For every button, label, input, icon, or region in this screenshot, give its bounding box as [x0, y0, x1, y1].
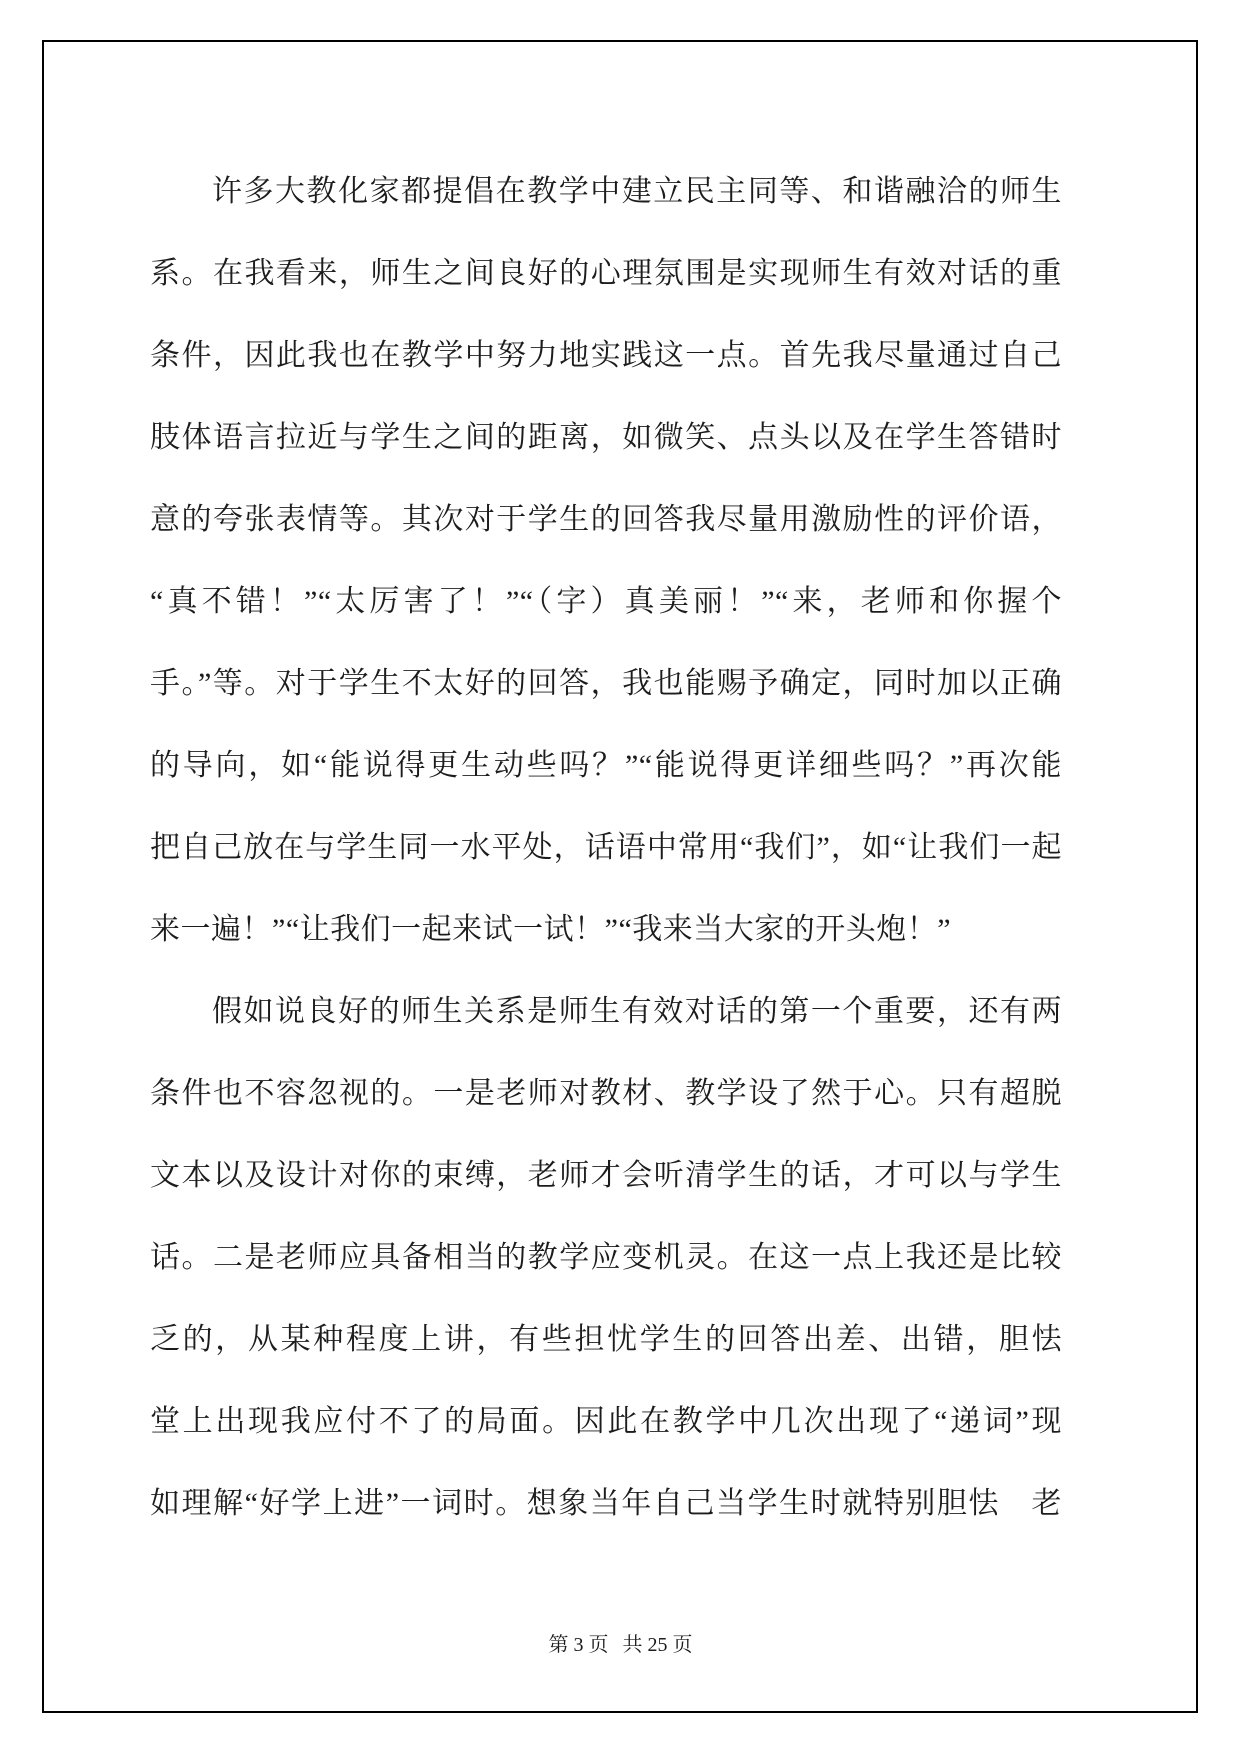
text-line: 条件也不容忽视的。一是老师对教材、教学设了然于心。只有超脱了 — [150, 1053, 1062, 1135]
text-line: 系。在我看来，师生之间良好的心理氛围是实现师生有效对话的重要 — [150, 233, 1062, 315]
footer-page-number: 第 3 页 — [549, 1634, 609, 1656]
text-line: 肢体语言拉近与学生之间的距离，如微笑、点头以及在学生答错时善 — [150, 397, 1062, 479]
text-line: 的导向，如“能说得更生动些吗？”“能说得更详细些吗？”再次能 — [150, 725, 1062, 807]
page-footer: 第 3 页共 25 页 — [0, 1628, 1241, 1657]
document-body: 许多大教化家都提倡在教学中建立民主同等、和谐融洽的师生关系。在我看来，师生之间良… — [150, 151, 1062, 1545]
text-line: 来一遍！”“让我们一起来试一试！”“我来当大家的开头炮！” — [150, 889, 1062, 971]
footer-total-pages: 共 25 页 — [623, 1634, 693, 1656]
text-line: 手。”等。对于学生不太好的回答，我也能赐予确定，同时加以正确 — [150, 643, 1062, 725]
text-line: 意的夸张表情等。其次对于学生的回答我尽量用激励性的评价语，如 — [150, 479, 1062, 561]
text-line: 话。二是老师应具备相当的教学应变机灵。在这一点上我还是比较缺 — [150, 1217, 1062, 1299]
text-line: 条件，因此我也在教学中努力地实践这一点。首先我尽量通过自己的 — [150, 315, 1062, 397]
text-line: “真不错！”“太厉害了！”“（字）真美丽！”“来，老师和你握个 — [150, 561, 1062, 643]
paragraph-teacher-student-relationship: 许多大教化家都提倡在教学中建立民主同等、和谐融洽的师生关系。在我看来，师生之间良… — [150, 151, 1062, 971]
text-line: 把自己放在与学生同一水平处，话语中常用“我们”，如“让我们一起 — [150, 807, 1062, 889]
text-line: 文本以及设计对你的束缚，老师才会听清学生的话，才可以与学生对 — [150, 1135, 1062, 1217]
text-line: 假如说良好的师生关系是师生有效对话的第一个重要，还有两个 — [150, 971, 1062, 1053]
text-line: 如理解“好学上进”一词时。想象当年自己当学生时就特别胆怯 老 — [150, 1463, 1062, 1545]
text-line: 堂上出现我应付不了的局面。因此在教学中几次出现了“递词”现象， — [150, 1381, 1062, 1463]
paragraph-other-conditions: 假如说良好的师生关系是师生有效对话的第一个重要，还有两个条件也不容忽视的。一是老… — [150, 971, 1062, 1545]
text-line: 许多大教化家都提倡在教学中建立民主同等、和谐融洽的师生关 — [150, 151, 1062, 233]
text-line: 乏的，从某种程度上讲，有些担忧学生的回答出差、出错，胆怯 课 — [150, 1299, 1062, 1381]
